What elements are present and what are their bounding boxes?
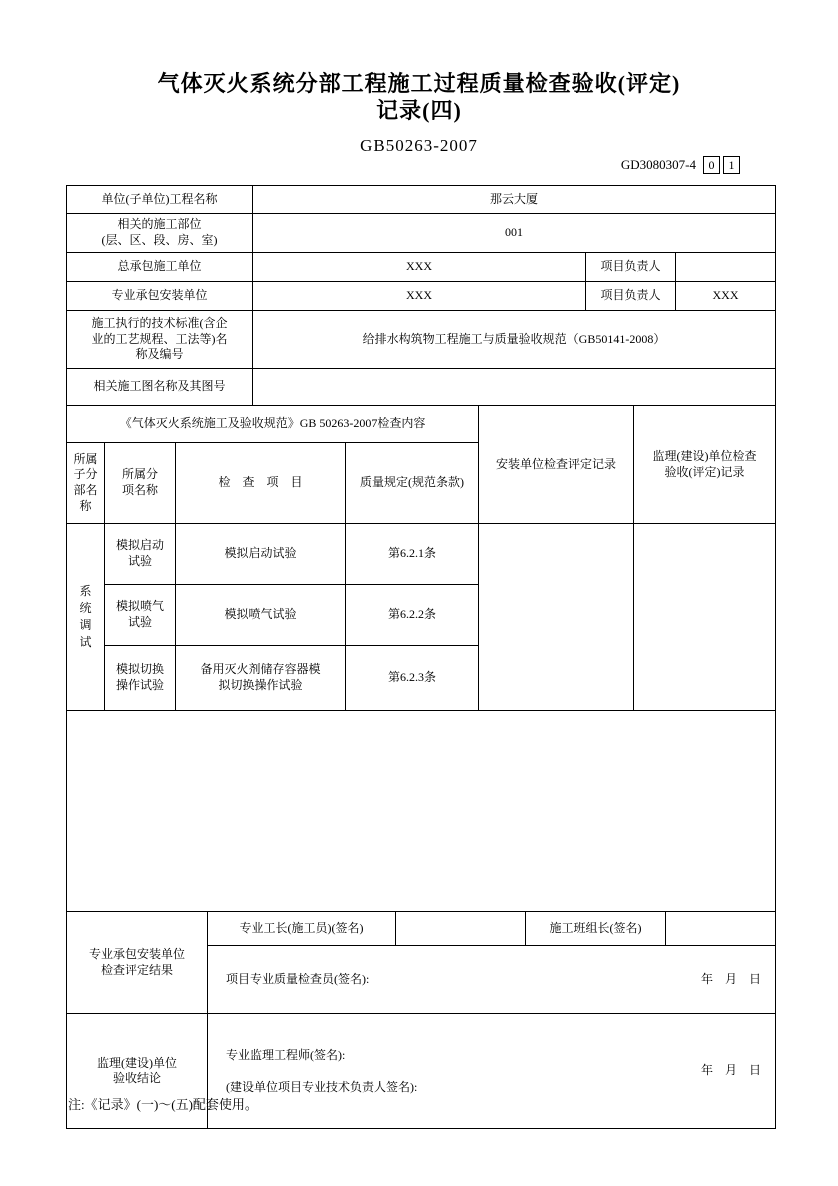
record-form: 单位(子单位)工程名称 那云大厦 相关的施工部位 (层、区、段、房、室) 001… — [66, 185, 775, 1129]
group-label: 系统调试 — [79, 583, 93, 651]
install-record-header: 安装单位检查评定记录 — [479, 406, 634, 524]
item-name: 模拟喷气 试验 — [105, 585, 176, 646]
item-name: 模拟切换 操作试验 — [105, 646, 176, 711]
doc-code-box-0: 0 — [703, 156, 720, 174]
group-cell-system-debug: 系统调试 — [67, 524, 105, 711]
technical-standard-value[interactable]: 给排水构筑物工程施工与质量验收规范（GB50141-2008） — [253, 311, 776, 369]
location-value[interactable]: 001 — [253, 214, 776, 253]
project-leader-label-1: 项目负责人 — [586, 253, 676, 282]
check-item: 模拟启动试验 — [176, 524, 346, 585]
standard-code: GB50263-2007 — [0, 136, 838, 156]
general-contractor-label: 总承包施工单位 — [67, 253, 253, 282]
inspection-table: 《气体灭火系统施工及验收规范》GB 50263-2007检查内容 安装单位检查评… — [66, 405, 776, 711]
inspection-span-header: 《气体灭火系统施工及验收规范》GB 50263-2007检查内容 — [67, 406, 479, 443]
project-leader-value-1[interactable] — [676, 253, 776, 282]
general-contractor-value[interactable]: XXX — [253, 253, 586, 282]
unit-name-label: 单位(子单位)工程名称 — [67, 186, 253, 214]
col-header-quality: 质量规定(规范条款) — [346, 443, 479, 524]
doc-code-box-1: 1 — [723, 156, 740, 174]
crew-leader-sign-label: 施工班组长(签名) — [526, 912, 666, 946]
quality-checker-label: 项目专业质量检查员(签名): — [226, 972, 369, 988]
doc-code: GD3080307-4 0 1 — [621, 156, 740, 174]
item-name: 模拟启动 试验 — [105, 524, 176, 585]
doc-code-text: GD3080307-4 — [621, 157, 696, 173]
technical-standard-label: 施工执行的技术标准(含企 业的工艺规程、工法等)名 称及编号 — [67, 311, 253, 369]
supervision-sign-cell[interactable]: 专业监理工程师(签名): (建设单位项目专业技术负责人签名): 年 月 日 — [208, 1014, 776, 1129]
construction-rep-label: (建设单位项目专业技术负责人签名): — [226, 1079, 417, 1095]
contractor-result-label: 专业承包安装单位 检查评定结果 — [67, 912, 208, 1014]
col-header-check: 检 查 项 目 — [176, 443, 346, 524]
crew-leader-sign-value[interactable] — [666, 912, 776, 946]
foreman-sign-value[interactable] — [396, 912, 526, 946]
check-item: 模拟喷气试验 — [176, 585, 346, 646]
col-header-subpart: 所属子分部名称 — [67, 443, 105, 524]
quality-clause: 第6.2.1条 — [346, 524, 479, 585]
blank-continuation-cell[interactable] — [67, 711, 776, 912]
install-record-cell[interactable] — [479, 524, 634, 711]
blank-section-table — [66, 710, 776, 912]
supervise-record-header: 监理(建设)单位检查 验收(评定)记录 — [634, 406, 776, 524]
check-item: 备用灭火剂储存容器模 拟切换操作试验 — [176, 646, 346, 711]
unit-name-value[interactable]: 那云大厦 — [253, 186, 776, 214]
quality-checker-cell[interactable]: 项目专业质量检查员(签名): 年 月 日 — [208, 946, 776, 1014]
location-label: 相关的施工部位 (层、区、段、房、室) — [67, 214, 253, 253]
page-title-line2: 记录(四) — [0, 97, 838, 124]
footnote: 注:《记录》(一)～(五)配套使用。 — [68, 1094, 258, 1113]
page-title-line1: 气体灭火系统分部工程施工过程质量检查验收(评定) — [0, 70, 838, 97]
supervision-engineer-label: 专业监理工程师(签名): — [226, 1047, 417, 1063]
project-leader-label-2: 项目负责人 — [586, 282, 676, 311]
specialist-contractor-value[interactable]: XXX — [253, 282, 586, 311]
specialist-contractor-label: 专业承包安装单位 — [67, 282, 253, 311]
foreman-sign-label: 专业工长(施工员)(签名) — [208, 912, 396, 946]
drawing-label: 相关施工图名称及其图号 — [67, 369, 253, 406]
form-page: 气体灭火系统分部工程施工过程质量检查验收(评定) 记录(四) GB50263-2… — [0, 0, 838, 1186]
project-leader-value-2[interactable]: XXX — [676, 282, 776, 311]
page-title: 气体灭火系统分部工程施工过程质量检查验收(评定) 记录(四) — [0, 70, 838, 124]
info-table: 单位(子单位)工程名称 那云大厦 相关的施工部位 (层、区、段、房、室) 001… — [66, 185, 776, 406]
col-header-item: 所属分 项名称 — [105, 443, 176, 524]
drawing-value[interactable] — [253, 369, 776, 406]
quality-clause: 第6.2.2条 — [346, 585, 479, 646]
quality-checker-date[interactable]: 年 月 日 — [701, 972, 761, 988]
supervise-record-cell[interactable] — [634, 524, 776, 711]
supervision-date[interactable]: 年 月 日 — [701, 1063, 761, 1079]
quality-clause: 第6.2.3条 — [346, 646, 479, 711]
